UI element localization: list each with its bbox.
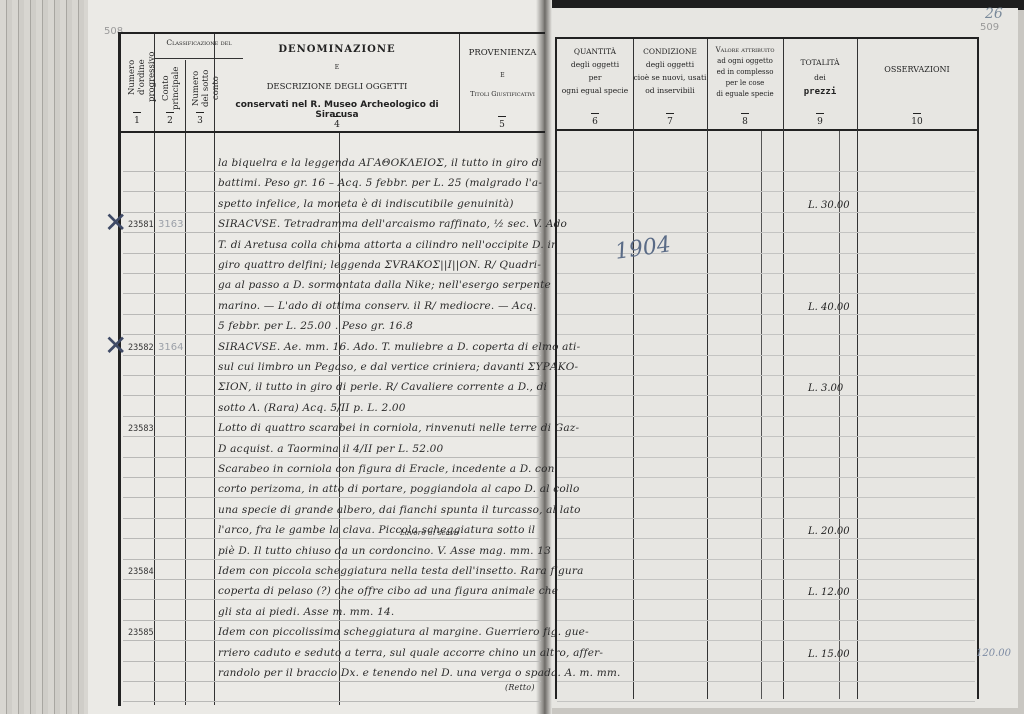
description-line: spetto infelice, la moneta è di indiscut… xyxy=(218,198,514,210)
col4-e: E xyxy=(215,64,459,71)
description-line: coperta di pelaso (?) che offre cibo ad … xyxy=(218,585,558,597)
cross-mark-icon: ✕ xyxy=(104,329,127,362)
col7-header-line: od inservibili xyxy=(633,84,707,97)
col5-e: E xyxy=(460,72,545,79)
ruled-line xyxy=(123,640,541,641)
col9-header-line: prezzi xyxy=(783,85,857,100)
closing-note: (Retto) xyxy=(505,683,535,692)
interlinear-note: Lavoro di scavo xyxy=(400,529,459,537)
ruled-line xyxy=(123,334,541,335)
description-line: ΣΙΟΝ, il tutto in giro di perle. R/ Cava… xyxy=(218,381,547,393)
description-line: Idem con piccola scheggiatura nella test… xyxy=(218,565,584,577)
ruled-line xyxy=(557,457,975,458)
col9-header: TOTALITÀdeiprezzi xyxy=(783,55,857,100)
ruled-line xyxy=(557,232,975,233)
ruled-line xyxy=(123,538,541,539)
classification-brace xyxy=(155,58,243,59)
description-line: 5 febbr. per L. 25.00 . Peso gr. 16.8 xyxy=(218,320,413,332)
ruled-line xyxy=(557,355,975,356)
ruled-line xyxy=(123,436,541,437)
col6-header-line: degli oggetti xyxy=(557,58,633,71)
col7-header: CONDIZIONEdegli oggetticioè se nuovi, us… xyxy=(633,45,707,97)
ruled-line xyxy=(557,497,975,498)
entry-number: 23585 xyxy=(128,628,154,638)
total-price: L. 20.00 xyxy=(808,526,850,537)
conto-principale: 3164 xyxy=(158,342,183,353)
ruled-line xyxy=(557,640,975,641)
description-line: T. di Aretusa colla chioma attorta a cil… xyxy=(218,239,558,251)
description-line: gli sta ai piedi. Asse m. mm. 14. xyxy=(218,606,394,618)
ruled-line xyxy=(557,620,975,621)
right-page-number: 509 xyxy=(980,22,999,33)
ruled-line xyxy=(123,416,541,417)
total-price: L. 30.00 xyxy=(808,200,850,211)
description-line: ga al passo a D. sormontata dalla Nike; … xyxy=(218,279,551,291)
description-line: l'arco, fra le gambe la clava. Piccola s… xyxy=(218,524,535,536)
ruled-line xyxy=(123,293,541,294)
header-col-1: Numero d'ordine progressivo 1 xyxy=(121,34,155,131)
ruled-line xyxy=(123,599,541,600)
description-line: sul cui limbro un Pegaso, e dal vertice … xyxy=(218,361,578,373)
entry-number: 23582 xyxy=(128,343,154,353)
description-line: D acquist. a Taormina il 4/II per L. 52.… xyxy=(218,443,443,455)
ruled-line xyxy=(123,314,541,315)
ruled-line xyxy=(123,518,541,519)
description-line: corto perizoma, in atto di portare, pogg… xyxy=(218,483,580,495)
description-line: rriero caduto e seduto a terra, sul qual… xyxy=(218,647,603,659)
total-price: L. 12.00 xyxy=(808,587,850,598)
ruled-line xyxy=(123,681,541,682)
description-line: giro quattro delfini; leggenda ΣVRAKOΣ||… xyxy=(218,259,541,271)
ruled-line xyxy=(123,579,541,580)
ruled-line xyxy=(557,681,975,682)
ruled-line xyxy=(557,579,975,580)
col2-label: Conto principale xyxy=(161,66,181,110)
col4-subtitle: DESCRIZIONE DEGLI OGGETTI xyxy=(215,82,459,92)
ruled-line xyxy=(557,436,975,437)
col9-header-line: dei xyxy=(783,70,857,85)
col7-header-line: CONDIZIONE xyxy=(633,45,707,58)
ruled-line xyxy=(557,334,975,335)
col7-header-line: degli oggetti xyxy=(633,58,707,71)
description-line: sotto Λ. (Rara) Acq. 5/II p. L. 2.00 xyxy=(218,402,406,414)
col8-header-line: di eguale specie xyxy=(707,89,783,100)
description-line: la biquelra e la leggenda ΑΓΑΘΟΚΛΕΙΟΣ, i… xyxy=(218,157,542,169)
ruled-line xyxy=(123,559,541,560)
col1-label: Numero d'ordine progressivo xyxy=(127,42,157,112)
col2-num: 2 xyxy=(158,112,182,126)
col3-num: 3 xyxy=(188,112,212,126)
description-line: Scarabeo in corniola con figura di Eracl… xyxy=(218,463,555,475)
ruled-line xyxy=(123,620,541,621)
col6-header-line: per xyxy=(557,71,633,84)
ruled-line xyxy=(123,273,541,274)
ruled-line xyxy=(557,477,975,478)
ruled-line xyxy=(123,477,541,478)
ruled-line xyxy=(557,701,975,702)
col5-title: PROVENIENZA xyxy=(460,48,545,58)
ruled-line xyxy=(557,191,975,192)
entry-number: 23584 xyxy=(128,567,154,577)
page-edges xyxy=(0,0,100,714)
description-line: Idem con piccolissima scheggiatura al ma… xyxy=(218,626,589,638)
col8-header-line: Valore attribuito xyxy=(707,45,783,56)
description-line: marino. — L'ado di ottima conserv. il R/… xyxy=(218,300,537,312)
conto-principale: 3163 xyxy=(158,219,183,230)
col6-header-line: QUANTITÀ xyxy=(557,45,633,58)
ruled-line xyxy=(557,395,975,396)
col7-header-line: cioè se nuovi, usati xyxy=(633,71,707,84)
description-line: una specie di grande albero, dai fianchi… xyxy=(218,504,581,516)
total-price: L. 40.00 xyxy=(808,302,850,313)
ruled-line xyxy=(557,559,975,560)
ruled-line xyxy=(123,253,541,254)
total-price: L. 3.00 xyxy=(808,383,843,394)
ruled-line xyxy=(123,191,541,192)
description-line: Lotto di quattro scarabei in corniola, r… xyxy=(218,422,579,434)
total-price: L. 15.00 xyxy=(808,649,850,660)
col5-num: 5 xyxy=(490,116,514,130)
ruled-line xyxy=(557,293,975,294)
col10-header-line: OSSERVAZIONI xyxy=(857,65,977,74)
ruled-line xyxy=(557,416,975,417)
ruled-line xyxy=(123,457,541,458)
description-line: piè D. Il tutto chiuso da un cordoncino.… xyxy=(218,545,551,557)
description-line: SIRACVSE. Ae. mm. 16. Ado. T. muliebre a… xyxy=(218,341,580,353)
col8-header-line: ad ogni oggetto xyxy=(707,56,783,67)
ruled-line xyxy=(557,375,975,376)
col6-header: QUANTITÀdegli oggettiperogni egual speci… xyxy=(557,45,633,97)
col10-num: 10 xyxy=(905,113,929,127)
ruled-line xyxy=(123,355,541,356)
col4-title: DENOMINAZIONE xyxy=(215,44,459,55)
col6-num: 6 xyxy=(583,113,607,127)
col10-header: OSSERVAZIONI xyxy=(857,65,977,74)
header-col-2: Conto principale 2 xyxy=(155,60,186,131)
ruled-line xyxy=(123,232,541,233)
col9-num: 9 xyxy=(808,113,832,127)
ruled-line xyxy=(557,599,975,600)
ruled-line xyxy=(557,273,975,274)
ruled-line xyxy=(123,395,541,396)
ruled-line xyxy=(123,212,541,213)
col4-num: 4 xyxy=(325,116,349,130)
col1-num: 1 xyxy=(125,112,149,126)
entry-number: 23583 xyxy=(128,424,154,434)
ruled-line xyxy=(557,538,975,539)
ruled-line xyxy=(123,497,541,498)
ruled-line xyxy=(557,661,975,662)
ruled-line xyxy=(123,661,541,662)
left-table-header: Numero d'ordine progressivo 1 Classifica… xyxy=(121,34,545,133)
col9-header-line: TOTALITÀ xyxy=(783,55,857,70)
ruled-line xyxy=(557,314,975,315)
grand-total-note: 120.00 xyxy=(976,648,1011,659)
col8-num: 8 xyxy=(733,113,757,127)
ruled-line xyxy=(123,375,541,376)
entry-number: 23581 xyxy=(128,220,154,230)
ruled-line xyxy=(557,171,975,172)
ruled-line xyxy=(557,518,975,519)
col5-subtitle: Titoli Giustificativi xyxy=(460,90,545,98)
ledger-spread: 508 509 26 Numero d'ordine progressivo 1… xyxy=(0,0,1024,714)
folio-number: 26 xyxy=(985,6,1003,22)
col8-header-line: per le cose xyxy=(707,78,783,89)
ruled-line xyxy=(123,171,541,172)
col6-header-line: ogni egual specie xyxy=(557,84,633,97)
col7-num: 7 xyxy=(658,113,682,127)
col8-header-line: ed in complesso xyxy=(707,67,783,78)
ruled-line xyxy=(557,212,975,213)
right-table-header: QUANTITÀdegli oggettiperogni egual speci… xyxy=(557,39,977,131)
description-line: battimi. Peso gr. 16 – Acq. 5 febbr. per… xyxy=(218,177,542,189)
header-col-3: Numero del sotto conto 3 xyxy=(186,60,215,131)
description-line: SIRACVSE. Tetradramma dell'arcaismo raff… xyxy=(218,218,567,230)
ruled-line xyxy=(123,701,541,702)
cross-mark-icon: ✕ xyxy=(104,206,127,239)
col8-header: Valore attribuitoad ogni oggettoed in co… xyxy=(707,45,783,100)
